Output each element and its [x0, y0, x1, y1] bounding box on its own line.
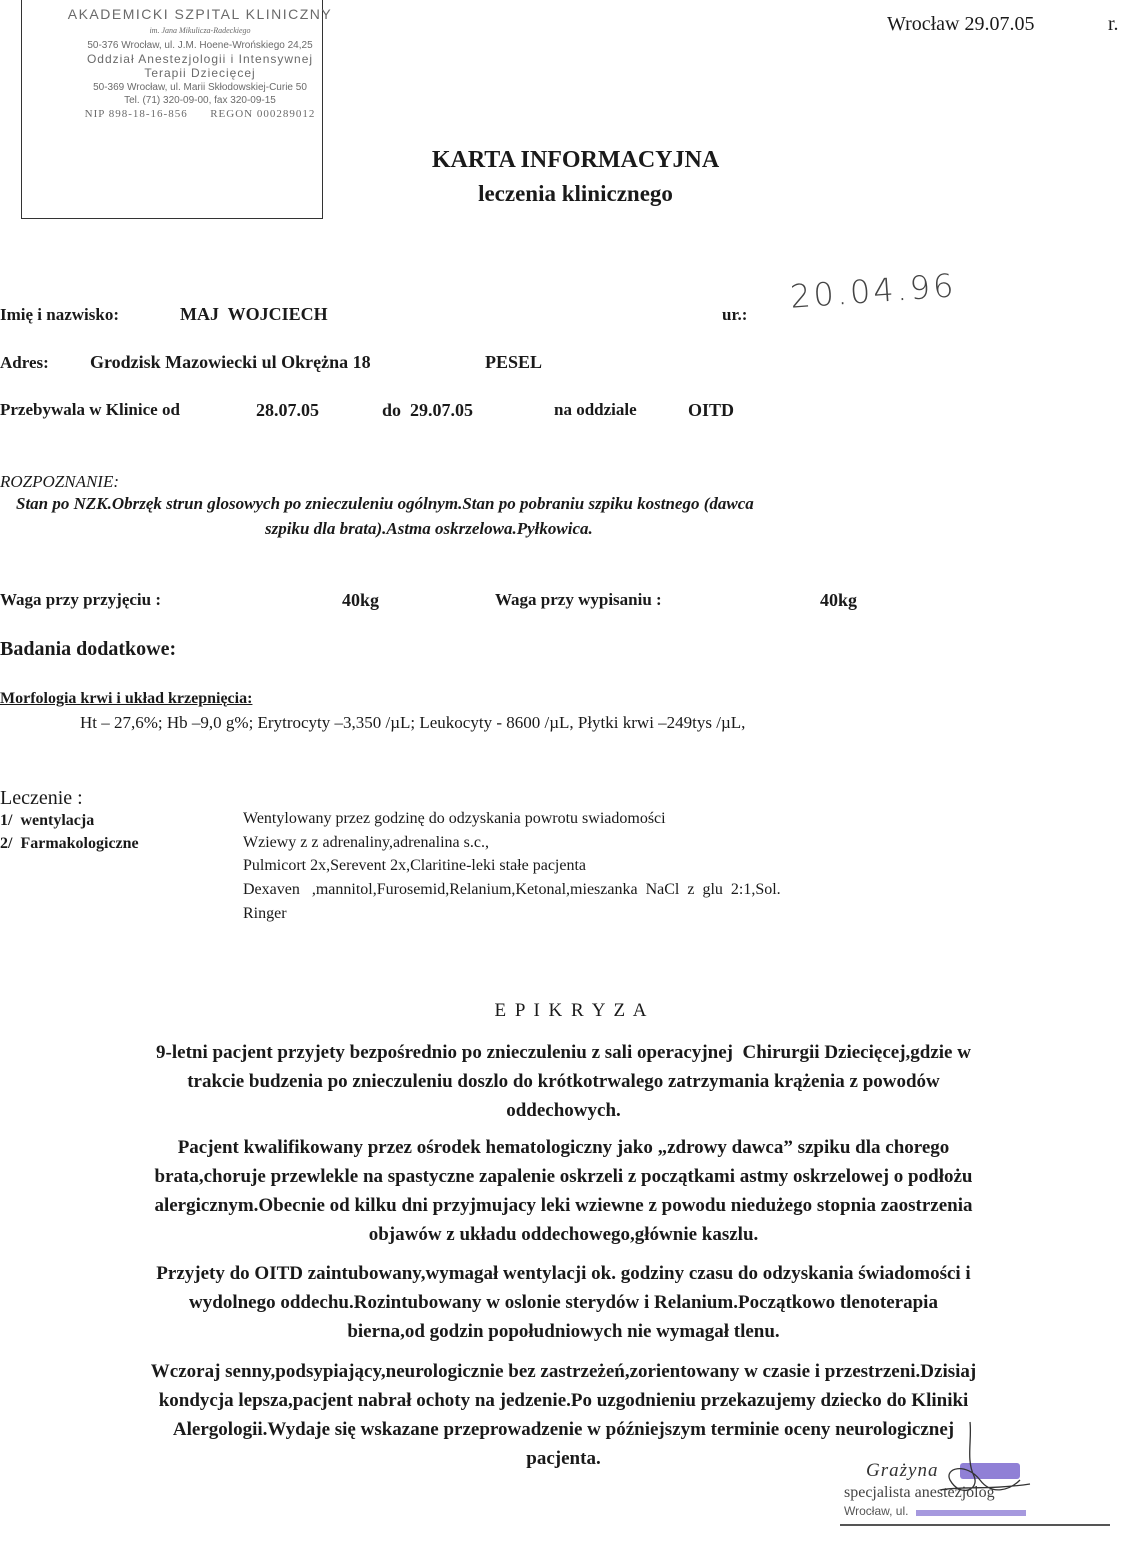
epicrisis-p2-line-4: objawów z układu oddechowego,głównie kas…	[0, 1220, 1127, 1249]
place-date: Wrocław 29.07.05	[887, 13, 1035, 36]
stay-from: 28.07.05	[256, 400, 319, 421]
page-title: KARTA INFORMACYJNA	[12, 147, 1127, 174]
stay-to-label: do	[382, 400, 401, 421]
epicrisis-paragraph-3: Przyjety do OITD zaintubowany,wymagał we…	[0, 1259, 1127, 1346]
birth-label: ur.:	[722, 305, 747, 325]
year-suffix: r.	[1108, 13, 1119, 36]
ward-label: na oddziale	[554, 400, 637, 420]
treatment-item-1-text: Wentylowany przez godzinę do odzyskania …	[243, 810, 666, 828]
epicrisis-p3-line-1: Przyjety do OITD zaintubowany,wymagał we…	[0, 1259, 1127, 1288]
address-value: Grodzisk Mazowiecki ul Okrężna 18	[90, 352, 371, 373]
treatment-extra-line-3: Ringer	[243, 905, 287, 923]
name-label: Imię i nazwisko:	[0, 305, 119, 325]
pesel-label: PESEL	[485, 352, 542, 373]
signature-address: Wrocław, ul.	[844, 1504, 908, 1518]
treatment-item-2-label: 2/ Farmakologiczne	[0, 835, 139, 853]
stamp-department: Oddział Anestezjologii i Intensywnej	[0, 52, 400, 66]
morphology-label: Morfologia krwi i układ krzepnięcia:	[0, 690, 252, 708]
epicrisis-p2-line-3: alergicznym.Obecnie od kilku dni przyjmu…	[0, 1191, 1127, 1220]
diagnosis-line-2: szpiku dla brata).Astma oskrzelowa.Pyłko…	[265, 519, 593, 539]
treatment-extra-line-2: Dexaven ,mannitol,Furosemid,Relanium,Ket…	[243, 881, 781, 899]
stay-label: Przebywala w Klinice od	[0, 400, 180, 420]
epicrisis-p3-line-3: bierna,od godzin popołudniowych nie wyma…	[0, 1317, 1127, 1346]
treatment-item-2-text: Wziewy z z adrenaliny,adrenalina s.c.,	[243, 834, 489, 852]
epicrisis-p4-line-1: Wczoraj senny,podsypiający,neurologiczni…	[0, 1357, 1127, 1386]
page-subtitle: leczenia klinicznego	[12, 181, 1127, 207]
name-value: MAJ WOJCIECH	[180, 304, 328, 325]
birth-date-handwritten: 20.04.96	[789, 266, 958, 316]
stamp-nip-regon: NIP 898-18-16-856 REGON 000289012	[0, 108, 400, 120]
diagnosis-line-1: Stan po NZK.Obrzęk strun glosowych po zn…	[16, 494, 754, 514]
epicrisis-paragraph-2: Pacjent kwalifikowany przez ośrodek hema…	[0, 1133, 1127, 1249]
epicrisis-p1-line-3: oddechowych.	[0, 1096, 1127, 1125]
stamp-hospital-name: AKADEMICKI SZPITAL KLINICZNY	[0, 6, 400, 22]
hospital-stamp: AKADEMICKI SZPITAL KLINICZNY im. Jana Mi…	[0, 0, 400, 140]
stamp-phone: Tel. (71) 320-09-00, fax 320-09-15	[0, 95, 400, 106]
epicrisis-p1-line-1: 9-letni pacjent przyjety bezpośrednio po…	[0, 1038, 1127, 1067]
stamp-address-1: 50-376 Wrocław, ul. J.M. Hoene-Wrońskieg…	[0, 40, 400, 51]
signature-scribble-icon	[900, 1420, 1040, 1530]
epicrisis-p2-line-1: Pacjent kwalifikowany przez ośrodek hema…	[0, 1133, 1127, 1162]
stay-to: 29.07.05	[410, 400, 473, 421]
treatment-heading: Leczenie :	[0, 787, 83, 810]
epicrisis-p3-line-2: wydolnego oddechu.Rozintubowany w osloni…	[0, 1288, 1127, 1317]
admission-weight-label: Waga przy przyjęciu :	[0, 590, 161, 610]
ward-value: OITD	[688, 400, 734, 421]
signature-underline	[840, 1524, 1110, 1526]
epicrisis-p1-line-2: trakcie budzenia po znieczuleniu doszlo …	[0, 1067, 1127, 1096]
treatment-extra-line-1: Pulmicort 2x,Serevent 2x,Claritine-leki …	[243, 857, 586, 875]
address-label: Adres:	[0, 353, 49, 373]
stamp-patron: im. Jana Mikulicza-Radeckiego	[0, 26, 400, 35]
epicrisis-p4-line-2: kondycja lepsza,pacjent nabrał ochoty na…	[0, 1386, 1127, 1415]
treatment-item-1-label: 1/ wentylacja	[0, 812, 94, 830]
morphology-values: Ht – 27,6%; Hb –9,0 g%; Erytrocyty –3,35…	[80, 713, 745, 733]
epicrisis-paragraph-1: 9-letni pacjent przyjety bezpośrednio po…	[0, 1038, 1127, 1125]
admission-weight-value: 40kg	[342, 590, 379, 611]
discharge-weight-value: 40kg	[820, 590, 857, 611]
epicrisis-p2-line-2: brata,choruje przewlekle na spastyczne z…	[0, 1162, 1127, 1191]
stamp-department-2: Terapii Dziecięcej	[0, 66, 400, 80]
diagnosis-label: ROZPOZNANIE:	[0, 472, 119, 492]
epicrisis-heading: E P I K R Y Z A	[8, 1000, 1127, 1022]
stamp-address-2: 50-369 Wrocław, ul. Marii Skłodowskiej-C…	[0, 82, 400, 93]
signature-stamp: Grażyna specjalista anestezjolog Wrocław…	[840, 1460, 1100, 1540]
tests-heading: Badania dodatkowe:	[0, 638, 176, 661]
discharge-weight-label: Waga przy wypisaniu :	[495, 590, 662, 610]
